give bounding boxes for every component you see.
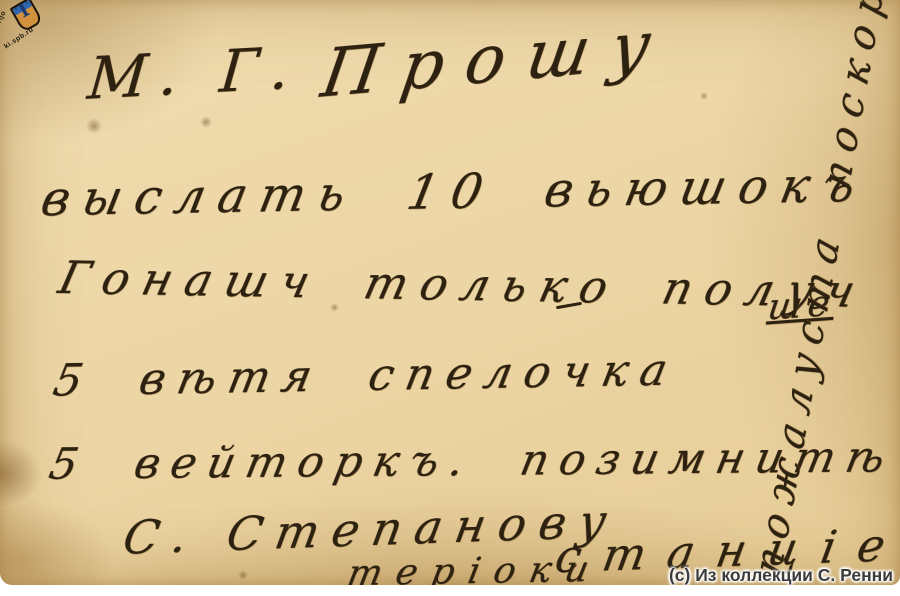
paper-speck xyxy=(700,92,708,100)
watermark-logo: T terijo ki.spb.ru xyxy=(0,0,62,64)
paper-speck xyxy=(200,116,212,128)
handwriting-line-2: выслать 10 вьюшокъ xyxy=(37,161,872,224)
watermark-text-left: terijo xyxy=(0,10,8,31)
handwriting-salutation-word: Прошу xyxy=(317,10,677,108)
handwriting-line-3: Гонашч только получ xyxy=(55,255,873,314)
collection-credit-text: (с) Из коллекции С. Ренни xyxy=(669,565,893,586)
watermark-text-bottom: ki.spb.ru xyxy=(3,26,35,50)
handwriting-line-4: 5 вѣтя спелочка xyxy=(50,348,683,403)
postcard-scan-page: М. Г. Прошу выслать 10 вьюшокъ Гонашч то… xyxy=(0,0,900,596)
paper-speck xyxy=(238,570,248,580)
paper-speck xyxy=(86,118,102,134)
shield-letter: T xyxy=(12,0,35,24)
postcard: М. Г. Прошу выслать 10 вьюшокъ Гонашч то… xyxy=(0,0,900,585)
handwriting-salutation-initials: М. Г. xyxy=(86,38,304,108)
handwriting-place-name: теріоки xyxy=(345,552,606,585)
